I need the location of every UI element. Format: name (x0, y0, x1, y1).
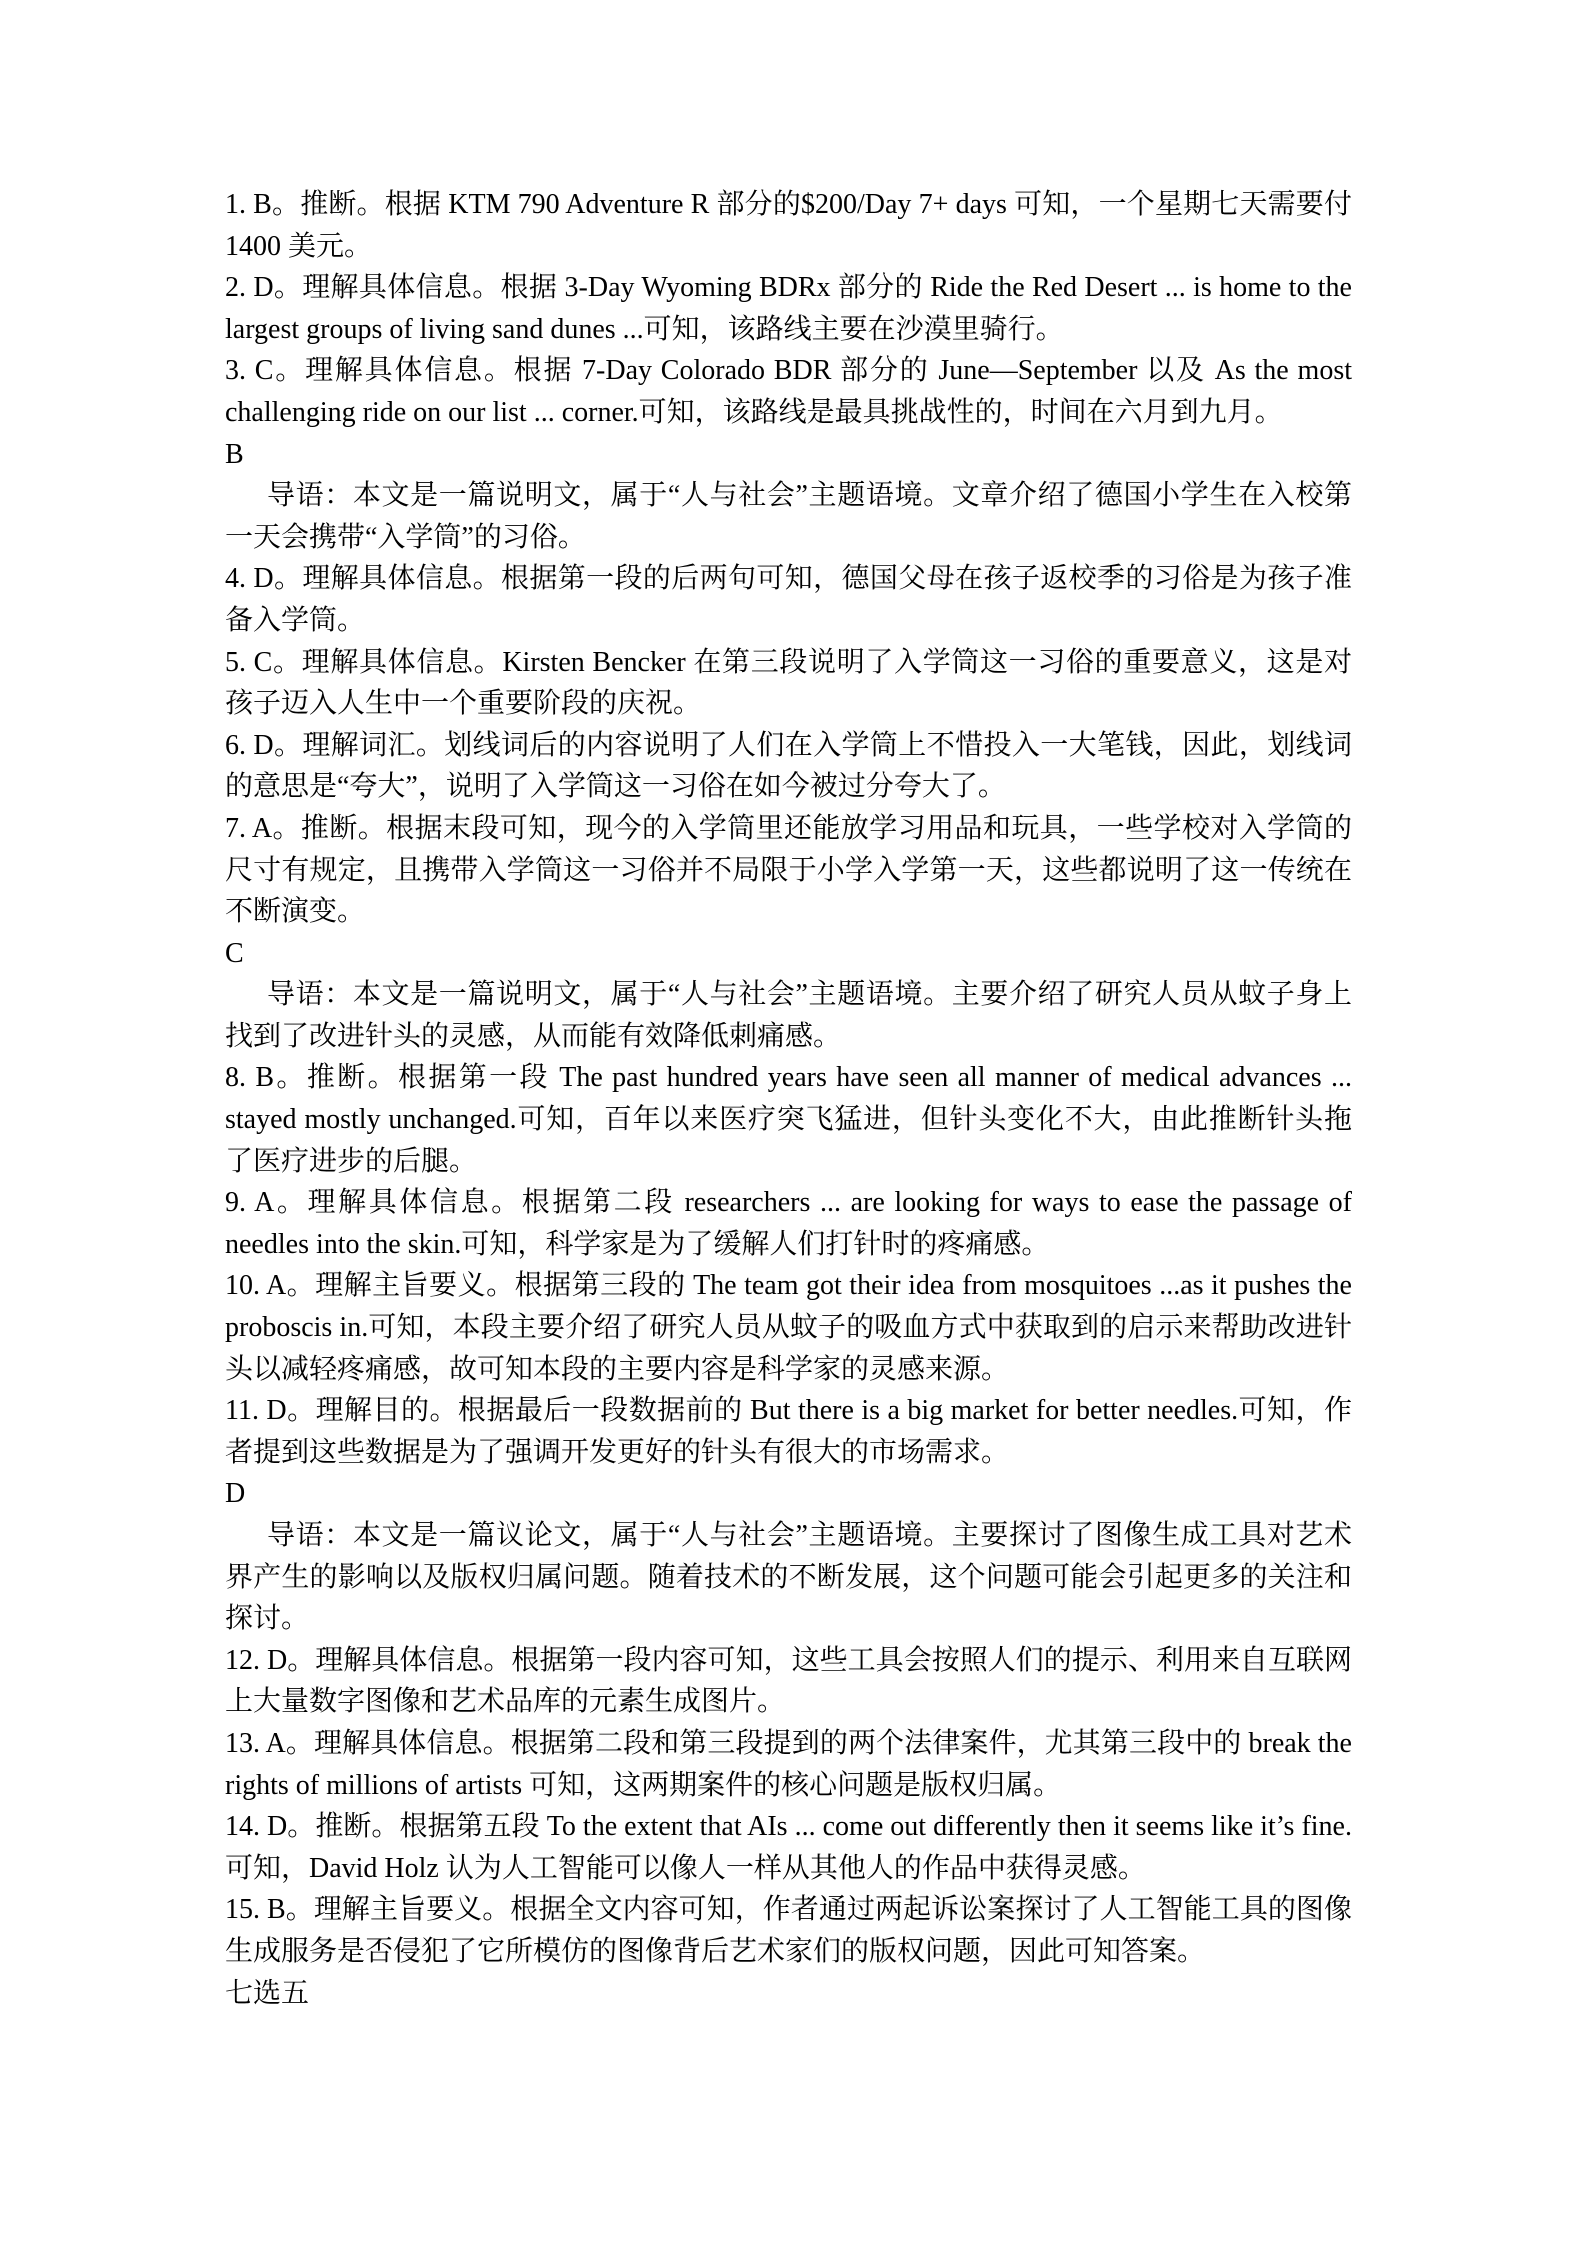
section-intro-c: 导语：本文是一篇说明文，属于“人与社会”主题语境。主要介绍了研究人员从蚊子身上找… (225, 974, 1352, 1057)
answer-explanation-6: 6. D。理解词汇。划线词后的内容说明了人们在入学筒上不惜投入一大笔钱，因此，划… (225, 725, 1352, 808)
answer-explanation-3: 3. C。理解具体信息。根据 7-Day Colorado BDR 部分的 Ju… (225, 350, 1352, 433)
section-intro-d: 导语：本文是一篇议论文，属于“人与社会”主题语境。主要探讨了图像生成工具对艺术界… (225, 1515, 1352, 1640)
answer-explanation-10: 10. A。理解主旨要义。根据第三段的 The team got their i… (225, 1265, 1352, 1390)
answer-explanation-2: 2. D。理解具体信息。根据 3-Day Wyoming BDRx 部分的 Ri… (225, 267, 1352, 350)
answer-key-text-block: 1. B。推断。根据 KTM 790 Adventure R 部分的$200/D… (225, 184, 1352, 2014)
document-page: 1. B。推断。根据 KTM 790 Adventure R 部分的$200/D… (0, 0, 1587, 2245)
section-intro-b: 导语：本文是一篇说明文，属于“人与社会”主题语境。文章介绍了德国小学生在入校第一… (225, 475, 1352, 558)
answer-explanation-14: 14. D。推断。根据第五段 To the extent that AIs ..… (225, 1806, 1352, 1889)
answer-explanation-4: 4. D。理解具体信息。根据第一段的后两句可知，德国父母在孩子返校季的习俗是为孩… (225, 558, 1352, 641)
answer-explanation-1: 1. B。推断。根据 KTM 790 Adventure R 部分的$200/D… (225, 184, 1352, 267)
answer-explanation-7: 7. A。推断。根据末段可知，现今的入学筒里还能放学习用品和玩具，一些学校对入学… (225, 808, 1352, 933)
section-label-b: B (225, 434, 1352, 476)
answer-explanation-12: 12. D。理解具体信息。根据第一段内容可知，这些工具会按照人们的提示、利用来自… (225, 1640, 1352, 1723)
section-label-d: D (225, 1473, 1352, 1515)
answer-explanation-8: 8. B。推断。根据第一段 The past hundred years hav… (225, 1057, 1352, 1182)
answer-explanation-9: 9. A。理解具体信息。根据第二段 researchers ... are lo… (225, 1182, 1352, 1265)
answer-explanation-11: 11. D。理解目的。根据最后一段数据前的 But there is a big… (225, 1390, 1352, 1473)
next-section-title: 七选五 (225, 1973, 1352, 2015)
section-label-c: C (225, 933, 1352, 975)
answer-explanation-15: 15. B。理解主旨要义。根据全文内容可知，作者通过两起诉讼案探讨了人工智能工具… (225, 1889, 1352, 1972)
answer-explanation-5: 5. C。理解具体信息。Kirsten Bencker 在第三段说明了入学筒这一… (225, 642, 1352, 725)
answer-explanation-13: 13. A。理解具体信息。根据第二段和第三段提到的两个法律案件，尤其第三段中的 … (225, 1723, 1352, 1806)
